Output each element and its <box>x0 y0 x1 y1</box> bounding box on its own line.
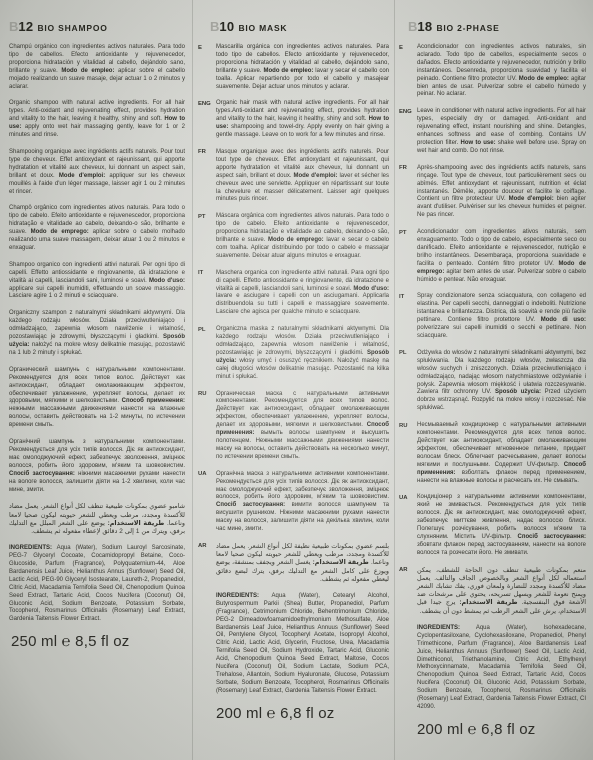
language-code-label: FR <box>198 149 216 204</box>
product-code-letter: B <box>210 19 219 34</box>
language-code-label: PT <box>198 213 216 260</box>
paragraph-text: Несмываемый кондиционер с натуральными а… <box>417 422 586 485</box>
paragraph-text: INGREDIENTS: Aqua (Water), Isohexadecane… <box>417 625 586 712</box>
language-code-label: IT <box>198 270 216 317</box>
language-paragraph: PLOrganiczna maska z naturalnymi składni… <box>198 326 389 381</box>
language-paragraph: INGREDIENTS: Aqua (Water), Sodium Lauroy… <box>9 545 185 624</box>
paragraph-text: Spray condizionatore senza sciacquatura,… <box>417 293 586 340</box>
product-code-letter: B <box>9 19 18 34</box>
language-paragraph: Органічний шампунь з натуральними компон… <box>9 439 185 494</box>
language-paragraph: شامبو عضوي بمكونات طبيعية تنظف لكل أنواع… <box>9 503 185 536</box>
language-code-label <box>399 625 417 712</box>
paragraph-text: Organic shampoo with natural active ingr… <box>9 100 185 140</box>
language-paragraph: ARبلسم عضوي بمكونات طبيعية نظيفة لكل أنو… <box>198 543 389 584</box>
panel-bio-2-phase: B18BIO 2-PHASE EAcondicionador con ingre… <box>394 0 593 760</box>
language-paragraph: UAОрганічна маска з натуральними активни… <box>198 471 389 534</box>
language-code-label: E <box>399 44 417 99</box>
product-title: B18BIO 2-PHASE <box>399 13 586 35</box>
language-paragraph: ENGLeave in conditioner with natural act… <box>399 108 586 155</box>
paragraph-text: Máscara orgânica com ingredientes ativos… <box>216 213 389 260</box>
product-code-number: 10 <box>219 19 234 34</box>
paragraph-text: Acondicionador com ingredientes ativos n… <box>417 229 586 284</box>
language-paragraph: ENGOrganic hair mask with natural active… <box>198 100 389 140</box>
paragraph-text: Shampooing organique avec ingrédients ac… <box>9 149 185 196</box>
paragraph-text: Champô orgânico com ingredientes ativos … <box>9 205 185 252</box>
language-code-label: AR <box>198 543 216 584</box>
product-code-letter: B <box>408 19 417 34</box>
language-paragraph: PTAcondicionador com ingredientes ativos… <box>399 229 586 284</box>
paragraph-text: Mascarilla orgánica con ingredientes act… <box>216 44 389 91</box>
language-paragraph: RUНесмываемый кондиционер с натуральными… <box>399 422 586 485</box>
paragraph-text: Leave in conditioner with natural active… <box>417 108 586 155</box>
paragraph-text: Après-shampooing avec des ingrédients ac… <box>417 165 586 220</box>
language-code-label: E <box>198 44 216 91</box>
language-paragraph: PLOdżywka do włosów z naturalnymi składn… <box>399 350 586 413</box>
language-paragraph: Organiczny szampon z naturalnymi składni… <box>9 310 185 357</box>
paragraph-text: Maschera organica con ingrediente attivi… <box>216 270 389 317</box>
paragraph-text: شامبو عضوي بمكونات طبيعية تنظف لكل أنواع… <box>9 503 185 536</box>
language-paragraph: ITMaschera organica con ingrediente atti… <box>198 270 389 317</box>
panel-bio-shampoo: B12BIO SHAMPOO Champú orgánico con ingre… <box>0 0 192 760</box>
paragraph-text: Odżywka do włosów z naturalnymi składnik… <box>417 350 586 413</box>
language-code-label: RU <box>198 391 216 462</box>
language-paragraph: FRAprès-shampooing avec des ingrédients … <box>399 165 586 220</box>
language-paragraph: RUОрганическая маска с натуральными акти… <box>198 391 389 462</box>
language-paragraph: ARمنعم بمكونات طبيعية تنظف دون الحاجة لل… <box>399 567 586 616</box>
language-paragraph: Organic shampoo with natural active ingr… <box>9 100 185 140</box>
description-paragraphs: Champú orgánico con ingredientes activos… <box>9 44 185 624</box>
product-name: BIO SHAMPOO <box>37 23 107 33</box>
language-paragraph: Champú orgánico con ingredientes activos… <box>9 44 185 91</box>
language-paragraph: Shampoo organico con ingredienti attivi … <box>9 262 185 302</box>
description-paragraphs: EMascarilla orgánica con ingredientes ac… <box>198 44 389 696</box>
product-title: B10BIO MASK <box>198 13 389 35</box>
language-code-label: UA <box>198 471 216 534</box>
paragraph-text: Masque organique avec des ingrédients ac… <box>216 149 389 204</box>
product-code-number: 12 <box>18 19 33 34</box>
language-paragraph: PTMáscara orgânica com ingredientes ativ… <box>198 213 389 260</box>
paragraph-text: Organic hair mask with natural active in… <box>216 100 389 140</box>
language-code-label: AR <box>399 567 417 616</box>
paragraph-text: Organiczny szampon z naturalnymi składni… <box>9 310 185 357</box>
paragraph-text: Shampoo organico con ingredienti attivi … <box>9 262 185 302</box>
language-code-label: PL <box>399 350 417 413</box>
paragraph-text: Organiczna maska z naturalnymi składnika… <box>216 326 389 381</box>
language-paragraph: INGREDIENTS: Aqua (Water), Isohexadecane… <box>399 625 586 712</box>
product-name: BIO MASK <box>238 23 287 33</box>
description-paragraphs: EAcondicionador con ingredientes activos… <box>399 44 586 712</box>
language-code-label: PL <box>198 326 216 381</box>
paragraph-text: Органічна маска з натуральними активними… <box>216 471 389 534</box>
product-code-number: 18 <box>417 19 432 34</box>
language-paragraph: Shampooing organique avec ingrédients ac… <box>9 149 185 196</box>
language-code-label: ENG <box>198 100 216 140</box>
language-paragraph: Органический шампунь с натуральными комп… <box>9 367 185 430</box>
volume-text: 200 ml ℮ 6,8 fl oz <box>417 721 586 738</box>
language-code-label: FR <box>399 165 417 220</box>
paragraph-text: منعم بمكونات طبيعية تنظف دون الحاجة للشط… <box>417 567 586 616</box>
language-paragraph: EAcondicionador con ingredientes activos… <box>399 44 586 99</box>
panel-bio-mask: B10BIO MASK EMascarilla orgánica con ing… <box>192 0 394 760</box>
language-code-label: RU <box>399 422 417 485</box>
language-code-label: IT <box>399 293 417 340</box>
language-paragraph: Champô orgânico com ingredientes ativos … <box>9 205 185 252</box>
language-paragraph: EMascarilla orgánica con ingredientes ac… <box>198 44 389 91</box>
package-back-labels: B12BIO SHAMPOO Champú orgánico con ingre… <box>0 0 593 760</box>
language-code-label: PT <box>399 229 417 284</box>
paragraph-text: Органический шампунь с натуральными комп… <box>9 367 185 430</box>
language-paragraph: FRMasque organique avec des ingrédients … <box>198 149 389 204</box>
paragraph-text: INGREDIENTS: Aqua (Water), Cetearyl Alco… <box>216 593 389 696</box>
volume-text: 200 ml ℮ 6,8 fl oz <box>216 705 389 722</box>
paragraph-text: Champú orgánico con ingredientes activos… <box>9 44 185 91</box>
language-paragraph: UAКондиціонер з натуральними активними к… <box>399 494 586 557</box>
paragraph-text: Органічний шампунь з натуральними компон… <box>9 439 185 494</box>
paragraph-text: INGREDIENTS: Aqua (Water), Sodium Lauroy… <box>9 545 185 624</box>
product-title: B12BIO SHAMPOO <box>9 13 185 35</box>
paragraph-text: Кондиціонер з натуральними активними ком… <box>417 494 586 557</box>
language-code-label: UA <box>399 494 417 557</box>
language-paragraph: ITSpray condizionatore senza sciacquatur… <box>399 293 586 340</box>
paragraph-text: Acondicionador con ingredientes activos … <box>417 44 586 99</box>
language-code-label: ENG <box>399 108 417 155</box>
volume-text: 250 ml ℮ 8,5 fl oz <box>11 633 185 650</box>
paragraph-text: بلسم عضوي بمكونات طبيعية نظيفة لكل أنواع… <box>216 543 389 584</box>
language-code-label <box>198 593 216 696</box>
product-name: BIO 2-PHASE <box>436 23 499 33</box>
paragraph-text: Органическая маска с натуральными активн… <box>216 391 389 462</box>
language-paragraph: INGREDIENTS: Aqua (Water), Cetearyl Alco… <box>198 593 389 696</box>
